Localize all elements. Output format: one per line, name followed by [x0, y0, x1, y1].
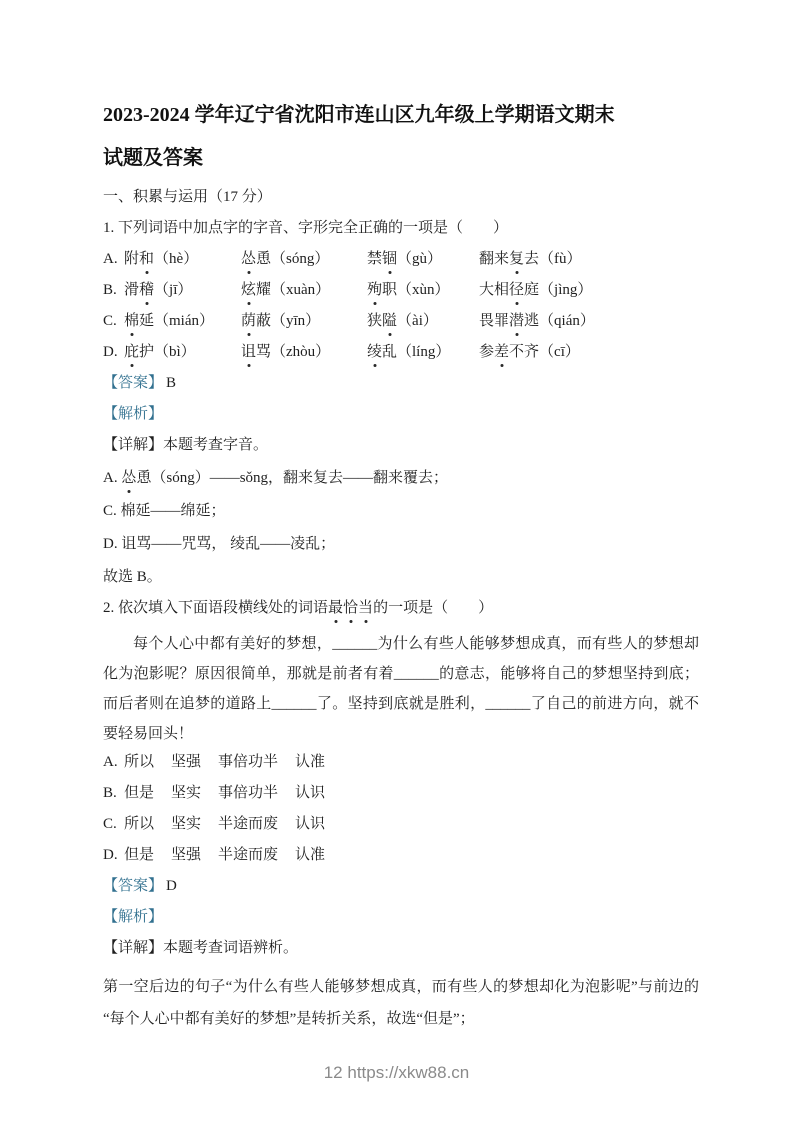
- emphasis-dot-char: 荫: [241, 311, 256, 332]
- document-title-line1: 2023-2024 学年辽宁省沈阳市连山区九年级上学期语文期末: [103, 104, 615, 126]
- emphasis-dot-char: 棉: [124, 311, 139, 332]
- q1-explain-c: C. 棉延——绵延；: [103, 501, 699, 522]
- q2-answer-value: D: [166, 878, 177, 894]
- q2-option-d-word3: 半途而废: [218, 845, 278, 866]
- q1-option-a-word2: 怂恿（sóng）: [241, 249, 367, 270]
- q2-option-c-label: C.: [103, 814, 124, 835]
- q1-option-d-word3: 绫乱（líng）: [367, 342, 479, 363]
- emphasis-dot-char: 最: [328, 598, 343, 619]
- document-title: 2023-2024 学年辽宁省沈阳市连山区九年级上学期语文期末试题及答案: [103, 94, 699, 180]
- q2-option-c: C. 所以 坚实 半途而废 认识: [103, 814, 699, 835]
- emphasis-dot-char: 绫: [367, 342, 382, 363]
- q1-explain-d: D. 诅骂——咒骂， 绫乱——凌乱；: [103, 534, 699, 555]
- q2-option-a: A. 所以 坚强 事倍功半 认准: [103, 752, 699, 773]
- document-title-line2: 试题及答案: [103, 147, 203, 169]
- q1-option-c-word3: 狭隘（ài）: [367, 311, 479, 332]
- q2-stem: 2. 依次填入下面语段横线处的词语最恰当的一项是（ ）: [103, 598, 699, 619]
- q2-option-b-word3: 事倍功半: [218, 783, 278, 804]
- q1-conclusion: 故选 B。: [103, 567, 699, 588]
- q2-option-d-word1: 但是: [124, 845, 154, 866]
- q2-passage: 每个人心中都有美好的梦想，______为什么有些人能够梦想成真，而有些人的梦想却…: [103, 629, 699, 749]
- q2-detail-line: 【详解】本题考查词语辨析。: [103, 938, 699, 959]
- q2-explanation: 第一空后边的句子“为什么有些人能够梦想成真，而有些人的梦想却化为泡影呢”与前边的…: [103, 971, 699, 1035]
- q1-option-d-label: D.: [103, 342, 124, 363]
- q1-option-a-word3: 禁锢（gù）: [367, 249, 479, 270]
- q1-option-b: B. 滑稽（jī） 炫耀（xuàn） 殉职（xùn） 大相径庭（jìng）: [103, 280, 699, 301]
- q1-option-c-word4: 畏罪潜逃（qián）: [479, 311, 699, 332]
- q1-analysis-line: 【解析】: [103, 404, 699, 425]
- emphasis-dot-char: 和: [139, 249, 154, 270]
- q1-option-c-word1: 棉延（mián）: [124, 311, 241, 332]
- emphasis-dot-char: 怂: [241, 249, 256, 270]
- q2-option-d: D. 但是 坚强 半途而废 认准: [103, 845, 699, 866]
- q1-option-c: C. 棉延（mián） 荫蔽（yīn） 狭隘（ài） 畏罪潜逃（qián）: [103, 311, 699, 332]
- q1-option-d-word1: 庇护（bì）: [124, 342, 241, 363]
- q2-option-a-word3: 事倍功半: [218, 752, 278, 773]
- q1-option-b-word3: 殉职（xùn）: [367, 280, 479, 301]
- q2-option-d-word4: 认准: [295, 845, 325, 866]
- q2-option-b-word4: 认识: [295, 783, 325, 804]
- emphasis-dot-char: 锢: [382, 249, 397, 270]
- emphasis-dot-char: 径: [509, 280, 524, 301]
- q1-option-a-word4: 翻来复去（fù）: [479, 249, 699, 270]
- q2-option-a-word2: 坚强: [171, 752, 201, 773]
- emphasis-dot-char: 当: [358, 598, 373, 619]
- q2-option-b: B. 但是 坚实 事倍功半 认识: [103, 783, 699, 804]
- q1-answer-line: 【答案】B: [103, 373, 699, 394]
- q2-option-b-label: B.: [103, 783, 124, 804]
- q1-option-c-label: C.: [103, 311, 124, 332]
- q1-answer-value: B: [166, 375, 176, 391]
- q2-analysis-line: 【解析】: [103, 907, 699, 928]
- q2-option-d-word2: 坚强: [171, 845, 201, 866]
- emphasis-dot-char: 炫: [241, 280, 256, 301]
- q1-option-a-word1: 附和（hè）: [124, 249, 241, 270]
- exam-document-page: 2023-2024 学年辽宁省沈阳市连山区九年级上学期语文期末试题及答案 一、积…: [0, 0, 793, 1122]
- q1-option-b-word4: 大相径庭（jìng）: [479, 280, 699, 301]
- footer-page-number: 12: [324, 1063, 343, 1082]
- q1-option-b-word2: 炫耀（xuàn）: [241, 280, 367, 301]
- q1-option-a: A. 附和（hè） 怂恿（sóng） 禁锢（gù） 翻来复去（fù）: [103, 249, 699, 270]
- page-footer: 12 https://xkw88.cn: [0, 1063, 793, 1083]
- q2-option-c-word1: 所以: [124, 814, 154, 835]
- q2-option-d-label: D.: [103, 845, 124, 866]
- q1-option-b-word1: 滑稽（jī）: [124, 280, 241, 301]
- emphasis-dot-char: 殉: [367, 280, 382, 301]
- q1-answer-label: 【答案】: [103, 375, 163, 391]
- footer-site-link[interactable]: https://xkw88.cn: [347, 1063, 469, 1082]
- q1-option-b-label: B.: [103, 280, 124, 301]
- emphasis-dot-char: 稽: [139, 280, 154, 301]
- q1-detail-line: 【详解】本题考查字音。: [103, 435, 699, 456]
- emphasis-dot-char: 恰: [343, 598, 358, 619]
- emphasis-dot-char: 隘: [382, 311, 397, 332]
- q1-analysis-label: 【解析】: [103, 406, 163, 422]
- q2-answer-line: 【答案】D: [103, 876, 699, 897]
- emphasis-dot-char: 差: [494, 342, 509, 363]
- q2-option-a-word4: 认准: [295, 752, 325, 773]
- q2-option-a-label: A.: [103, 752, 124, 773]
- emphasis-dot-char: 潜: [509, 311, 524, 332]
- q2-option-c-word3: 半途而废: [218, 814, 278, 835]
- section-heading: 一、积累与运用（17 分）: [103, 187, 699, 208]
- q2-analysis-label: 【解析】: [103, 909, 163, 925]
- q2-option-b-word1: 但是: [124, 783, 154, 804]
- q2-option-b-word2: 坚实: [171, 783, 201, 804]
- q2-option-c-word4: 认识: [295, 814, 325, 835]
- q1-stem: 1. 下列词语中加点字的字音、字形完全正确的一项是（ ）: [103, 218, 699, 239]
- emphasis-dot-char: 怂: [121, 468, 136, 489]
- q2-option-a-word1: 所以: [124, 752, 154, 773]
- emphasis-dot-char: 复: [509, 249, 524, 270]
- q1-option-d: D. 庇护（bì） 诅骂（zhòu） 绫乱（líng） 参差不齐（cī）: [103, 342, 699, 363]
- q2-answer-label: 【答案】: [103, 878, 163, 894]
- q1-option-c-word2: 荫蔽（yīn）: [241, 311, 367, 332]
- q2-option-c-word2: 坚实: [171, 814, 201, 835]
- document-content: 2023-2024 学年辽宁省沈阳市连山区九年级上学期语文期末试题及答案 一、积…: [103, 94, 699, 1035]
- q1-option-a-label: A.: [103, 249, 124, 270]
- emphasis-dot-char: 庇: [124, 342, 139, 363]
- q1-option-d-word4: 参差不齐（cī）: [479, 342, 699, 363]
- emphasis-dot-char: 诅: [241, 342, 256, 363]
- q1-option-d-word2: 诅骂（zhòu）: [241, 342, 367, 363]
- q1-explain-a: A. 怂恿（sóng）——sǒng，翻来复去——翻来覆去；: [103, 468, 699, 489]
